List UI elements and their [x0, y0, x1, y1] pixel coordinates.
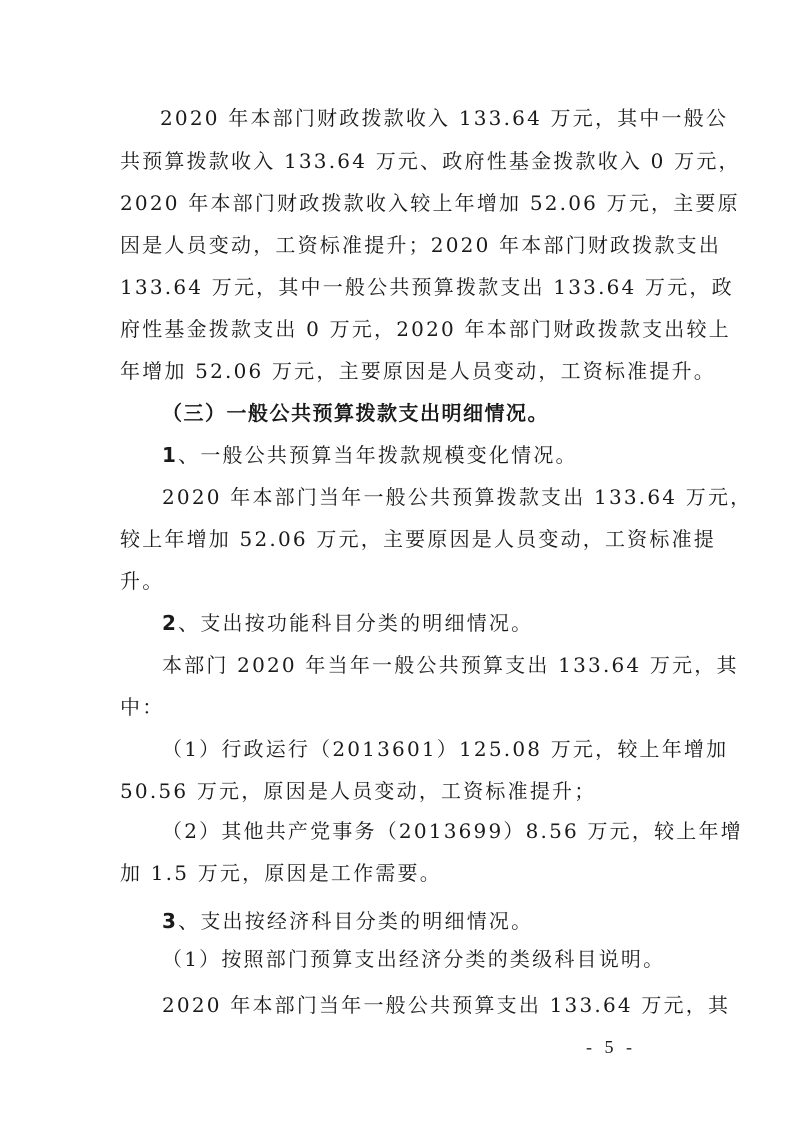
text: 2020 年本部门财政拨款收入较上年增加 52.06 万元，主要原: [120, 191, 740, 215]
paragraph-line: （1）按照部门预算支出经济分类的类级科目说明。: [162, 946, 692, 972]
text: 133.64 万元，其中一般公共预算拨款支出 133.64 万元，政: [120, 275, 734, 299]
text: 府性基金拨款支出 0 万元，2020 年本部门财政拨款支出较上: [120, 317, 731, 341]
paragraph-line: 因是人员变动，工资标准提升；2020 年本部门财政拨款支出: [120, 232, 692, 258]
item-number: 3: [162, 909, 178, 933]
text: 2020 年本部门财政拨款收入 133.64 万元，其中一般公: [160, 106, 728, 130]
item-title: 、支出按经济科目分类的明细情况。: [178, 909, 533, 933]
paragraph-line: （1）行政运行（2013601）125.08 万元，较上年增加: [162, 736, 692, 762]
text: 中：: [120, 695, 164, 719]
paragraph-line: 年增加 52.06 万元，主要原因是人员变动，工资标准提升。: [120, 358, 692, 384]
text: 2020 年本部门当年一般公共预算拨款支出 133.64 万元，: [162, 485, 752, 509]
text: 较上年增加 52.06 万元，主要原因是人员变动，工资标准提: [120, 527, 716, 551]
paragraph-line: 50.56 万元，原因是人员变动，工资标准提升；: [120, 778, 692, 804]
document-page: 2020 年本部门财政拨款收入 133.64 万元，其中一般公 共预算拨款收入 …: [0, 0, 793, 1122]
item-number: 2: [162, 611, 178, 635]
paragraph-line: 加 1.5 万元，原因是工作需要。: [120, 860, 692, 886]
item-heading-1: 1、一般公共预算当年拨款规模变化情况。: [162, 442, 692, 468]
section-heading: （三）一般公共预算拨款支出明细情况。: [162, 400, 692, 426]
paragraph-line: 升。: [120, 568, 692, 594]
text: 50.56 万元，原因是人员变动，工资标准提升；: [120, 779, 596, 803]
paragraph-line: 府性基金拨款支出 0 万元，2020 年本部门财政拨款支出较上: [120, 316, 692, 342]
text: 2020 年本部门当年一般公共预算支出 133.64 万元，其: [162, 993, 730, 1017]
page-number: - 5 -: [586, 1037, 636, 1058]
item-number: 1: [162, 443, 178, 467]
paragraph-line: 133.64 万元，其中一般公共预算拨款支出 133.64 万元，政: [120, 274, 692, 300]
text: （1）行政运行（2013601）125.08 万元，较上年增加: [162, 737, 728, 761]
text: （2）其他共产党事务（2013699）8.56 万元，较上年增: [162, 819, 743, 843]
paragraph-line: （2）其他共产党事务（2013699）8.56 万元，较上年增: [162, 818, 692, 844]
item-heading-2: 2、支出按功能科目分类的明细情况。: [162, 610, 692, 636]
item-title: 、一般公共预算当年拨款规模变化情况。: [178, 443, 578, 467]
paragraph-line: 2020 年本部门当年一般公共预算支出 133.64 万元，其: [162, 992, 692, 1018]
text: （1）按照部门预算支出经济分类的类级科目说明。: [162, 947, 665, 971]
text: 因是人员变动，工资标准提升；2020 年本部门财政拨款支出: [120, 233, 721, 257]
paragraph-line: 较上年增加 52.06 万元，主要原因是人员变动，工资标准提: [120, 526, 692, 552]
paragraph-line: 2020 年本部门财政拨款收入较上年增加 52.06 万元，主要原: [120, 190, 692, 216]
item-title: 、支出按功能科目分类的明细情况。: [178, 611, 533, 635]
text: 年增加 52.06 万元，主要原因是人员变动，工资标准提升。: [120, 359, 716, 383]
text: 本部门 2020 年当年一般公共预算支出 133.64 万元，其: [162, 653, 739, 677]
text: 共预算拨款收入 133.64 万元、政府性基金拨款收入 0 万元，: [120, 149, 741, 173]
text: 升。: [120, 569, 164, 593]
paragraph-line: 2020 年本部门当年一般公共预算拨款支出 133.64 万元，: [162, 484, 692, 510]
section-heading-text: （三）一般公共预算拨款支出明细情况。: [162, 401, 549, 425]
text: 加 1.5 万元，原因是工作需要。: [120, 861, 442, 885]
paragraph-line: 本部门 2020 年当年一般公共预算支出 133.64 万元，其: [162, 652, 692, 678]
paragraph-line: 中：: [120, 694, 692, 720]
paragraph-line: 2020 年本部门财政拨款收入 133.64 万元，其中一般公: [160, 105, 692, 131]
item-heading-3: 3、支出按经济科目分类的明细情况。: [162, 908, 692, 934]
paragraph-line: 共预算拨款收入 133.64 万元、政府性基金拨款收入 0 万元，: [120, 148, 692, 174]
